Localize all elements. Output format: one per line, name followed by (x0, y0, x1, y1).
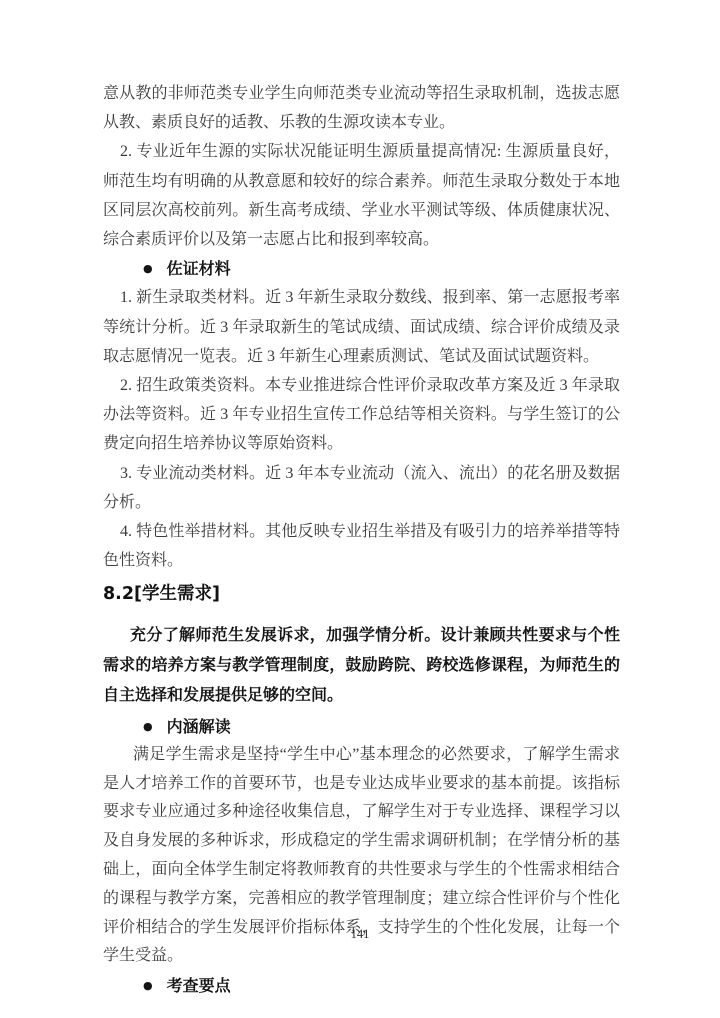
paragraph-admission-mechanism: 意从教的非师范类专业学生向师范类专业流动等招生录取机制，选拔志愿从教、素质良好的… (103, 79, 620, 137)
heading-evidence-materials-label: 佐证材料 (167, 259, 231, 278)
bullet-icon: ● (143, 254, 153, 283)
evidence-item-2: 2. 招生政策类资料。本专业推进综合性评价录取改革方案及近 3 年录取办法等资料… (103, 371, 620, 459)
page-number: 141 (0, 927, 720, 942)
paragraph-section-summary: 充分了解师范生发展诉求，加强学情分析。设计兼顾共性要求与个性需求的培养方案与教学… (103, 620, 620, 710)
section-heading-8-2-student-needs: 8.2[学生需求] (103, 580, 620, 609)
bullet-icon: ● (143, 971, 153, 1000)
document-page: 意从教的非师范类专业学生向师范类专业流动等招生录取机制，选拔志愿从教、素质良好的… (0, 0, 720, 1018)
evidence-item-4: 4. 特色性举措材料。其他反映专业招生举措及有吸引力的培养举措等特色性资料。 (103, 517, 620, 575)
bullet-icon: ● (143, 712, 153, 741)
evidence-item-1: 1. 新生录取类材料。近 3 年新生录取分数线、报到率、第一志愿报考率等统计分析… (103, 283, 620, 371)
document-body: 意从教的非师范类专业学生向师范类专业流动等招生录取机制，选拔志愿从教、素质良好的… (103, 79, 620, 1000)
evidence-item-3: 3. 专业流动类材料。近 3 年本专业流动（流入、流出）的花名册及数据分析。 (103, 459, 620, 517)
heading-review-points-label: 考查要点 (167, 976, 231, 995)
paragraph-source-quality: 2. 专业近年生源的实际状况能证明生源质量提高情况: 生源质量良好，师范生均有明… (103, 137, 620, 254)
heading-connotation-label: 内涵解读 (167, 717, 231, 736)
heading-evidence-materials: ●佐证材料 (103, 254, 620, 283)
heading-connotation-interpretation: ●内涵解读 (103, 712, 620, 741)
heading-review-points: ●考查要点 (103, 971, 620, 1000)
